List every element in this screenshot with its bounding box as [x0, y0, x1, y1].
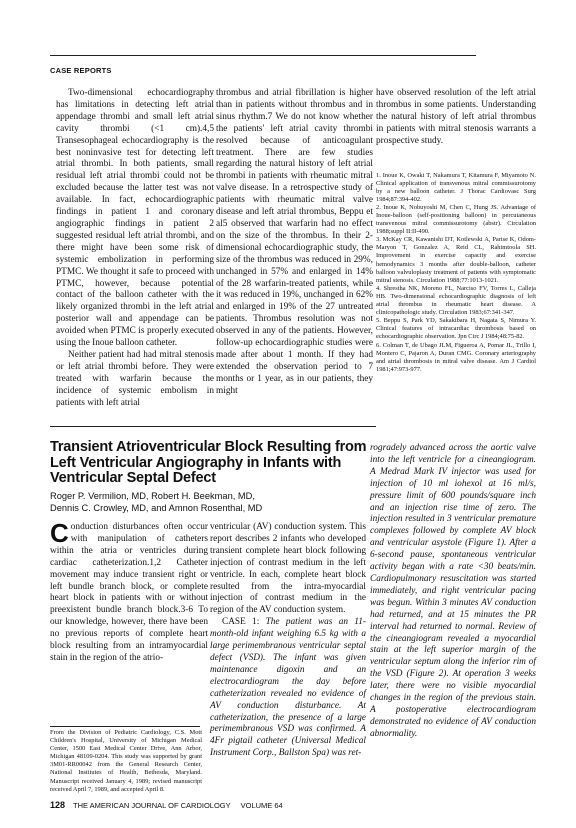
footnote-rule: [50, 726, 200, 727]
article1-column-3: have observed resolution of the left atr…: [376, 88, 536, 374]
journal-name: THE AMERICAN JOURNAL OF CARDIOLOGY: [73, 801, 231, 810]
article1-column-2: thrombus and atrial fibrillation is high…: [216, 88, 373, 398]
article-authors: Roger P. Vermilion, MD, Robert H. Beekma…: [50, 490, 380, 514]
volume-label: VOLUME 64: [241, 801, 283, 810]
case-text: The patient was an 11-month-old infant w…: [210, 617, 366, 758]
reference-item: 6. Colman T, de Ubago JLM, Figueroa A, P…: [376, 342, 536, 374]
paragraph: Two-dimensional echocardiography has lim…: [56, 88, 214, 350]
article1-column-1: Two-dimensional echocardiography has lim…: [56, 88, 214, 409]
page-footer: 128 THE AMERICAN JOURNAL OF CARDIOLOGY V…: [50, 800, 283, 810]
drop-cap: C: [50, 522, 69, 544]
reference-item: 2. Inoue K, Nobuyoshi M, Chen C, Hung JS…: [376, 204, 536, 236]
authors-line: Roger P. Vermilion, MD, Robert H. Beekma…: [50, 490, 380, 502]
section-label: CASE REPORTS: [50, 66, 112, 75]
reference-item: 3. McKay CR, Kawanishi DT, Kotlewski A, …: [376, 236, 536, 285]
paragraph: onduction disturbances often occur with …: [50, 522, 208, 663]
paragraph: Neither patient had had mitral stenosis …: [56, 350, 214, 410]
paragraph: CASE 1: The patient was an 11-month-old …: [210, 617, 366, 760]
article2-column-1: C onduction disturbances often occur wit…: [50, 522, 208, 665]
reference-item: 4. Shrestha NK, Moreno FL, Narciso FV, T…: [376, 285, 536, 317]
case-label: CASE 1:: [222, 617, 259, 627]
page-number: 128: [50, 800, 65, 810]
article2-column-2: ventricular (AV) conduction system. This…: [210, 522, 366, 760]
authors-line: Dennis C. Crowley, MD, and Amnon Rosenth…: [50, 502, 380, 514]
affiliation-footnote: From the Division of Pediatric Cardiolog…: [50, 729, 202, 794]
reference-item: 5. Beppu S, Park YD, Sakakibara H, Nagat…: [376, 317, 536, 341]
article-divider: [50, 426, 376, 427]
article2-column-3: rogradely advanced across the aortic val…: [370, 443, 536, 741]
paragraph: rogradely advanced across the aortic val…: [370, 443, 536, 741]
paragraph: thrombus and atrial fibrillation is high…: [216, 88, 373, 398]
reference-item: 1. Inoue K, Owaki T, Nakamura T, Kitamur…: [376, 172, 536, 204]
header-rule: [50, 55, 476, 56]
article-title: Transient Atrioventricular Block Resulti…: [50, 440, 380, 487]
references-list: 1. Inoue K, Owaki T, Nakamura T, Kitamur…: [376, 172, 536, 374]
paragraph: ventricular (AV) conduction system. This…: [210, 522, 366, 617]
paragraph: have observed resolution of the left atr…: [376, 88, 536, 148]
